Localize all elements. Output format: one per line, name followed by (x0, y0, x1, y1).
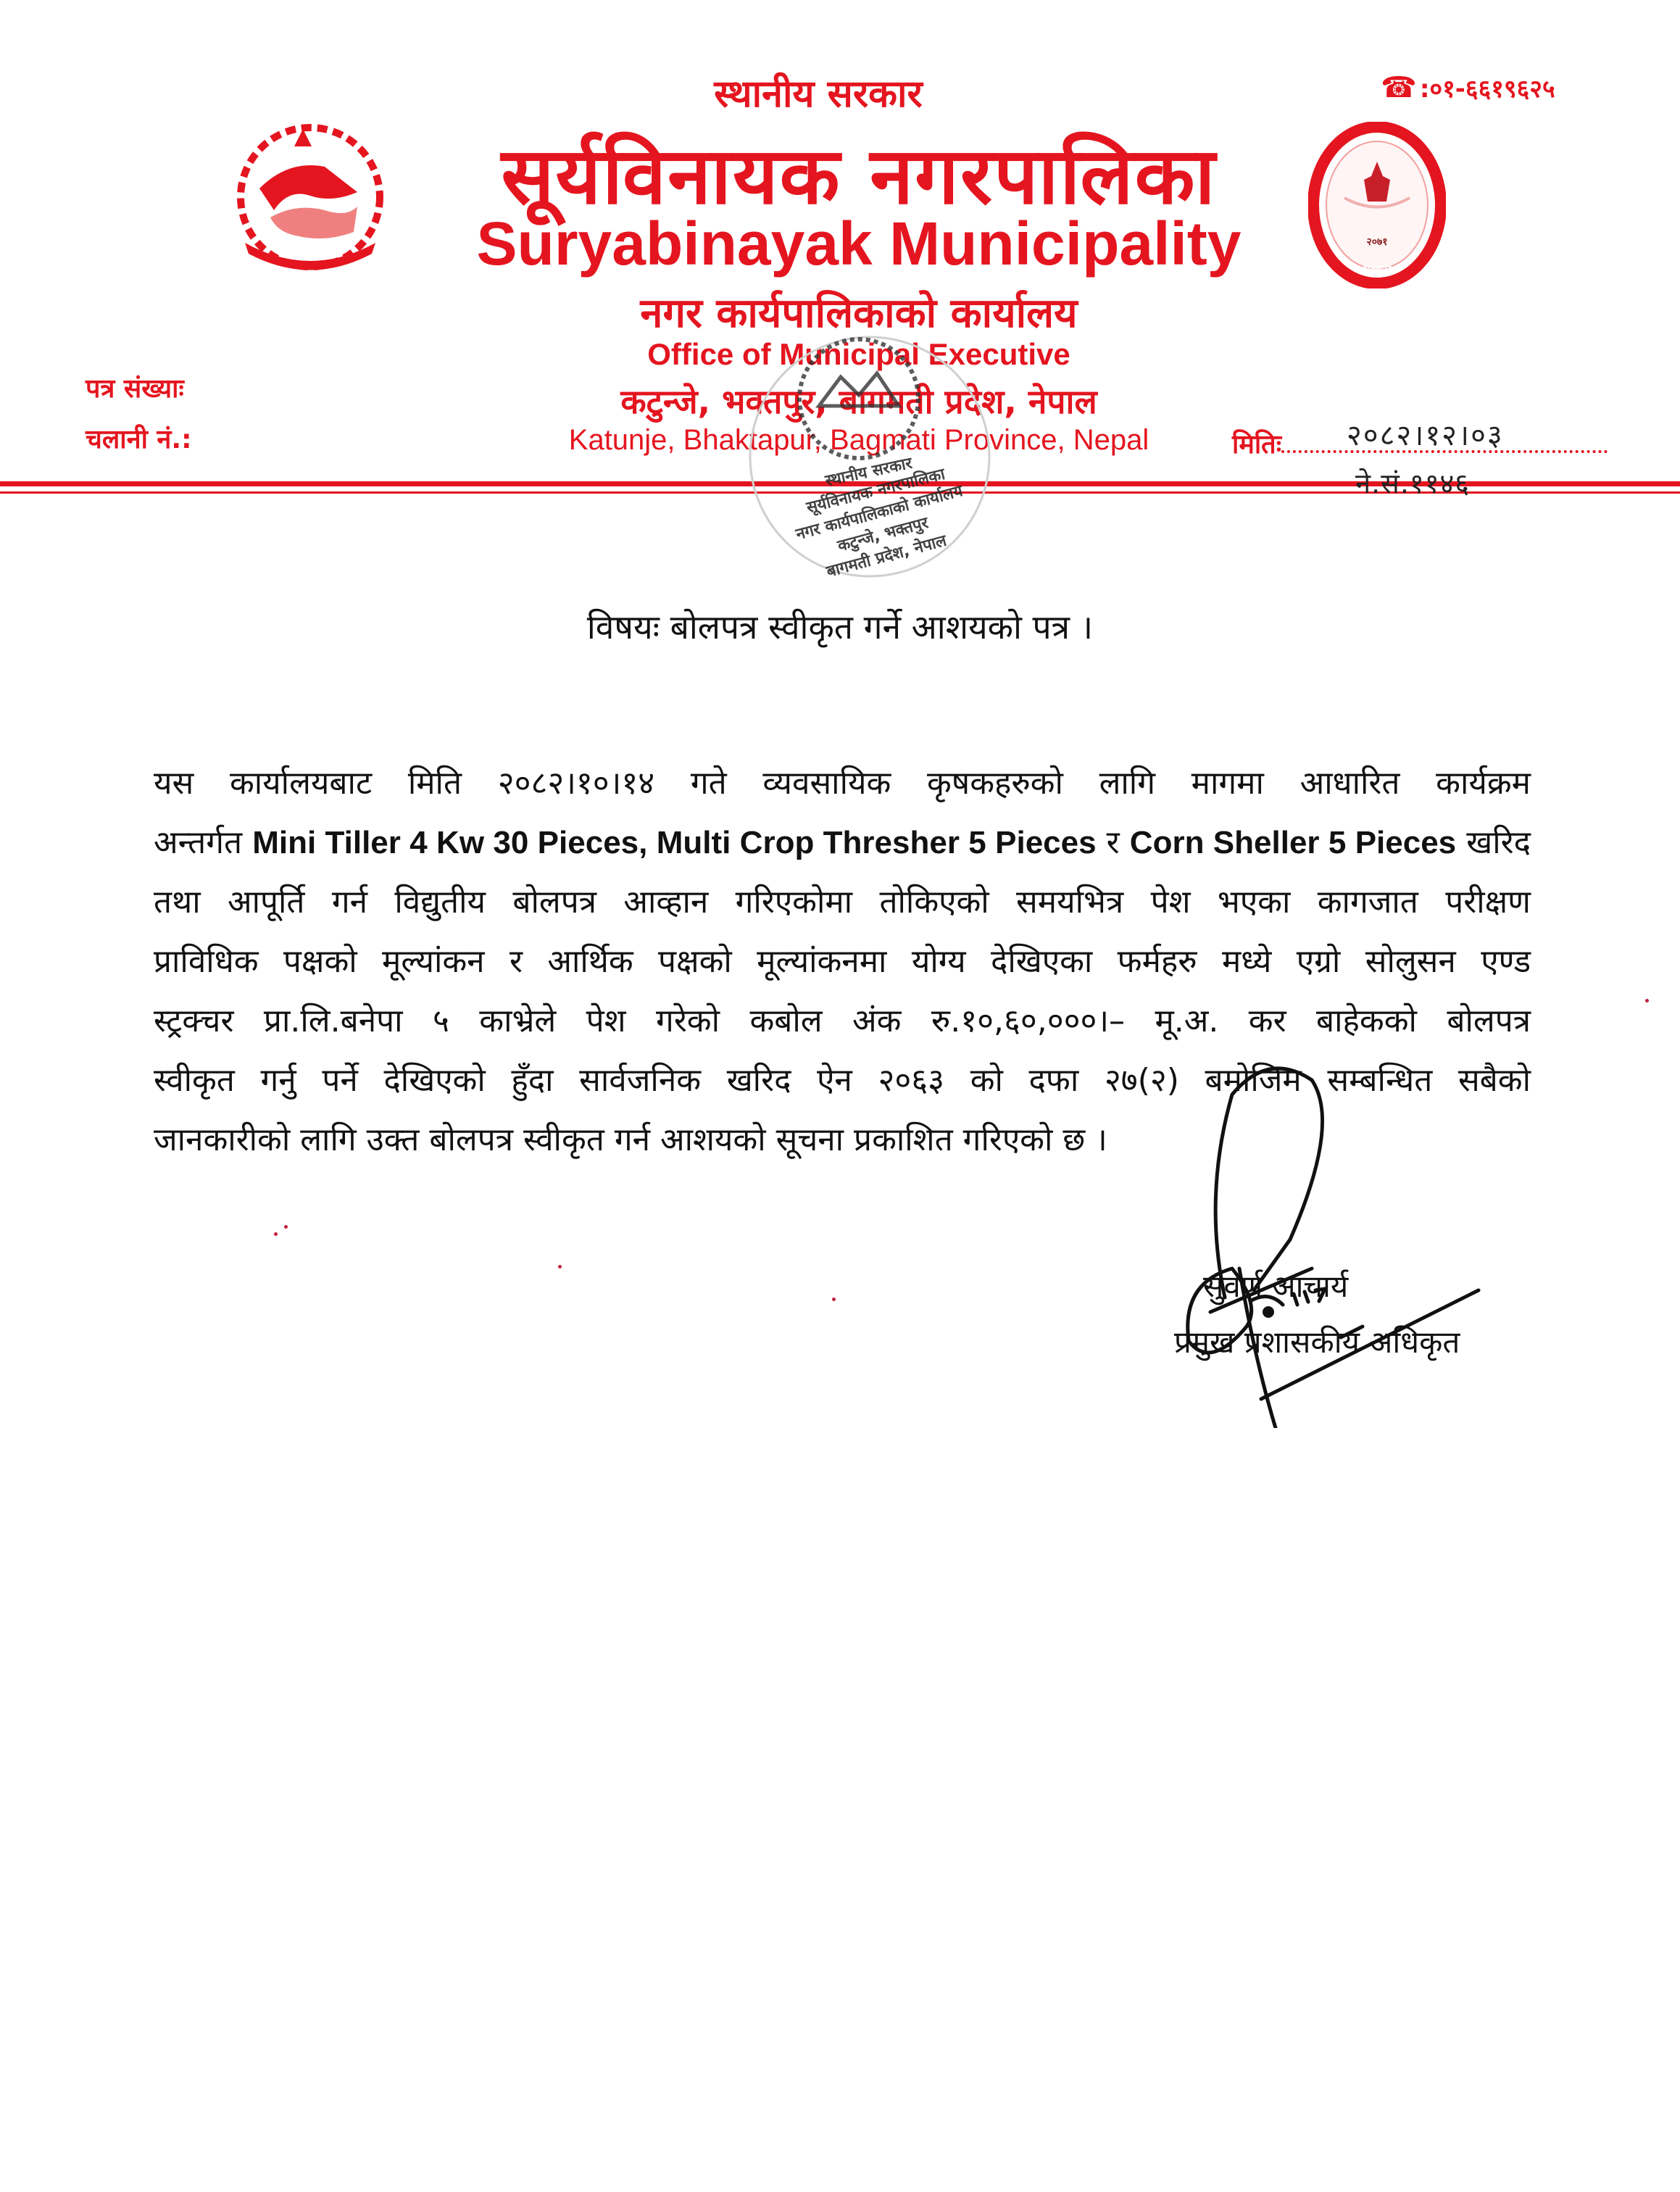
body-line-items: अन्तर्गत Mini Tiller 4 Kw 30 Pieces, Mul… (154, 813, 1531, 873)
date-value: २०८२।१२।०३ (1347, 414, 1504, 454)
date-label: मितिः (1232, 425, 1281, 461)
body-line: तथा आपूर्ति गर्न विद्युतीय बोलपत्र आव्हा… (154, 873, 1531, 932)
handwritten-signature (1123, 1051, 1486, 1428)
date-dotted-line: २०८२।१२।०३ (1281, 424, 1608, 453)
body-line: यस कार्यालयबाट मिति २०८२।१०।१४ गते व्यवस… (154, 754, 1531, 813)
municipality-seal-icon: २०७१ भक्तपुर (1308, 122, 1446, 288)
dispatch-number-label: चलानी नं.: (86, 420, 191, 456)
subject-line: विषयः बोलपत्र स्वीकृत गर्ने आशयको पत्र । (0, 604, 1680, 649)
nepal-sambat-date: ने.सं.११४६ (1355, 464, 1470, 502)
item-list-secondary: Corn Sheller 5 Pieces (1130, 825, 1456, 860)
svg-text:२०७१: २०७१ (1366, 236, 1387, 248)
item-list-primary: Mini Tiller 4 Kw 30 Pieces, Multi Crop T… (252, 825, 1096, 860)
signatory-title: प्रमुख प्रशासकीय अधिकृत (1174, 1321, 1460, 1362)
municipality-name-english: Suryabinayak Municipality (406, 209, 1312, 279)
scan-speck (1645, 999, 1649, 1002)
signatory-name: सुवर्ण आचार्य (1203, 1265, 1348, 1306)
body-line: स्ट्रक्चर प्रा.लि.बनेपा ५ काभ्रेले पेश ग… (154, 992, 1531, 1051)
scan-speck (274, 1232, 278, 1236)
phone-value: :०१-६६१९६२५ (1420, 71, 1555, 104)
phone-number: ☎ :०१-६६१९६२५ (1381, 71, 1555, 104)
letter-number-label: पत्र संख्याः (86, 370, 184, 405)
svg-text:भक्तपुर: भक्तपुर (1363, 264, 1392, 276)
scan-speck (284, 1225, 288, 1229)
telephone-icon: ☎ (1381, 71, 1417, 104)
nepal-emblem-icon (230, 116, 390, 275)
scan-speck (832, 1298, 836, 1301)
scan-speck (558, 1265, 562, 1269)
office-stamp: स्थानीय सरकार सूर्यविनायक नगरपालिका नगर … (732, 319, 1007, 580)
date-field: मितिः २०८२।१२।०३ (1232, 424, 1608, 461)
body-line: प्राविधिक पक्षको मूल्यांकन र आर्थिक पक्ष… (154, 932, 1531, 992)
